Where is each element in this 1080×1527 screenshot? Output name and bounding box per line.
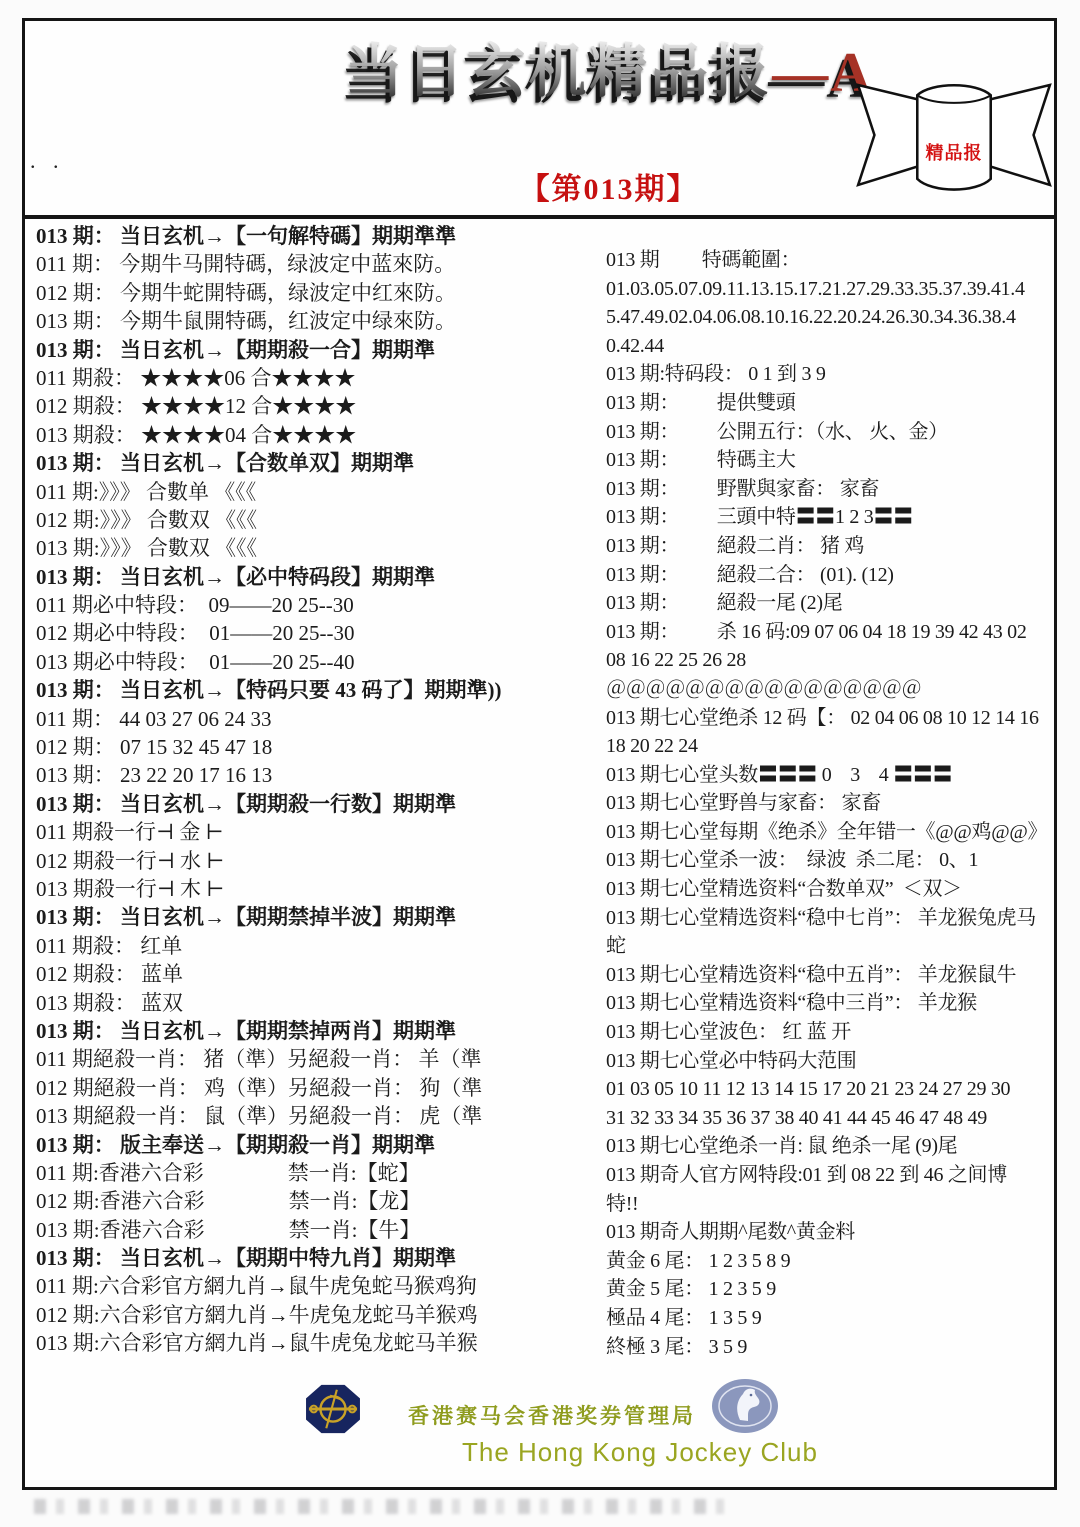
- text-line: 黄金 5 尾： 1 2 3 5 9: [606, 1275, 1058, 1304]
- text-line: 013 期： 特碼主大: [606, 446, 1058, 475]
- text-line: 31 32 33 34 35 36 37 38 40 41 44 45 46 4…: [606, 1104, 1058, 1133]
- text-line: 特!!: [606, 1190, 1058, 1219]
- text-line: 013 期七心堂野兽与家畜： 家畜: [606, 789, 1058, 818]
- text-line: 012 期殺一行⊣ 水 ⊢: [36, 847, 601, 875]
- text-line: 013 期： 公開五行：（水、 火、金）: [606, 418, 1058, 447]
- cutoff-text-artifact: [34, 1499, 724, 1514]
- text-line: 5.47.49.02.04.06.08.10.16.22.20.24.26.30…: [606, 303, 1058, 332]
- club-name-chinese: 香港赛马会香港奖券管理局: [408, 1400, 658, 1430]
- text-line: 013 期 特碼範圍：: [606, 246, 1058, 275]
- right-column: 013 期 特碼範圍：01.03.05.07.09.11.13.15.17.21…: [606, 246, 1058, 1361]
- text-line: 013 期:六合彩官方網九肖→鼠牛虎兔龙蛇马羊猴: [36, 1329, 601, 1357]
- text-line: 013 期七心堂绝杀 12 码【： 02 04 06 08 10 12 14 1…: [606, 704, 1058, 733]
- text-line: 011 期絕殺一肖： 猪（準）另絕殺一肖： 羊（準: [36, 1045, 601, 1073]
- text-line: 012 期： 07 15 32 45 47 18: [36, 733, 601, 761]
- text-line: 013 期： 当日玄机→【一句解特碼】期期準準: [36, 222, 601, 250]
- page-title-main: 当日玄机精品报: [345, 39, 772, 104]
- text-line: 011 期殺一行⊣ 金 ⊢: [36, 818, 601, 846]
- text-line: 013 期奇人期期^尾数^黄金料: [606, 1218, 1058, 1247]
- text-line: 18 20 22 24: [606, 732, 1058, 761]
- text-line: 013 期七心堂精选资料“稳中三肖”： 羊龙猴: [606, 989, 1058, 1018]
- text-line: 013 期七心堂杀一波： 绿波 杀二尾： 0、1: [606, 846, 1058, 875]
- text-line: 012 期:》》》 合數双 《《《: [36, 506, 601, 534]
- text-line: 013 期殺一行⊣ 木 ⊢: [36, 875, 601, 903]
- text-line: 013 期： 絕殺一尾 (2)尾: [606, 589, 1058, 618]
- text-line: 01.03.05.07.09.11.13.15.17.21.27.29.33.3…: [606, 275, 1058, 304]
- text-line: 013 期： 23 22 20 17 16 13: [36, 761, 601, 789]
- text-line: 013 期： 三頭中特〓〓1 2 3〓〓: [606, 503, 1058, 532]
- text-line: 013 期七心堂精选资料“合数单双” ＜双＞: [606, 875, 1058, 904]
- text-line: 013 期:》》》 合數双 《《《: [36, 534, 601, 562]
- text-line: 012 期： 今期牛蛇開特碼，绿波定中红來防。: [36, 279, 601, 307]
- text-line: 01 03 05 10 11 12 13 14 15 17 20 21 23 2…: [606, 1075, 1058, 1104]
- club-name-english: The Hong Kong Jockey Club: [462, 1437, 742, 1468]
- text-line: 012 期殺： 蓝单: [36, 960, 601, 988]
- text-line: 011 期:》》》 合數单 《《《: [36, 478, 601, 506]
- text-line: 013 期： 絕殺二合： (01). (12): [606, 561, 1058, 590]
- text-line: 黄金 6 尾： 1 2 3 5 8 9: [606, 1247, 1058, 1276]
- text-line: 013 期:特码段： 0 1 到 3 9: [606, 360, 1058, 389]
- text-line: 極品 4 尾： 1 3 5 9: [606, 1304, 1058, 1333]
- text-line: 013 期： 杀 16 码:09 07 06 04 18 19 39 42 43…: [606, 618, 1058, 647]
- text-line: 012 期:香港六合彩 禁一肖:【龙】: [36, 1187, 601, 1215]
- text-line: 011 期:香港六合彩 禁一肖:【蛇】: [36, 1159, 601, 1187]
- text-line: 013 期： 野獸與家畜： 家畜: [606, 475, 1058, 504]
- text-line: 08 16 22 25 26 28: [606, 646, 1058, 675]
- text-line: 013 期七心堂必中特码大范围: [606, 1047, 1058, 1076]
- text-line: 013 期必中特段： 01——20 25--40: [36, 648, 601, 676]
- text-line: 013 期： 当日玄机→【特码只要 43 码了】期期準)): [36, 676, 601, 704]
- text-line: 012 期殺： ★★★★12 合★★★★: [36, 392, 601, 420]
- text-line: 012 期必中特段： 01——20 25--30: [36, 619, 601, 647]
- text-line: 蛇: [606, 932, 1058, 961]
- text-line: 013 期： 今期牛鼠開特碼，红波定中绿來防。: [36, 307, 601, 335]
- text-line: 013 期殺： ★★★★04 合★★★★: [36, 421, 601, 449]
- text-line: 013 期七心堂头数〓〓〓 0 3 4 〓〓〓: [606, 761, 1058, 790]
- text-line: 0.42.44: [606, 332, 1058, 361]
- corner-dots: . .: [30, 148, 65, 174]
- text-line: 013 期奇人官方网特段:01 到 08 22 到 46 之间博: [606, 1161, 1058, 1190]
- hkjc-crest-icon: [302, 1383, 364, 1435]
- text-line: 終極 3 尾： 3 5 9: [606, 1333, 1058, 1362]
- text-line: 013 期殺： 蓝双: [36, 989, 601, 1017]
- horse-head-oval-icon: [710, 1378, 780, 1434]
- text-line: 013 期七心堂精选资料“稳中七肖”： 羊龙猴兔虎马: [606, 904, 1058, 933]
- text-line: 013 期七心堂精选资料“稳中五肖”： 羊龙猴鼠牛: [606, 961, 1058, 990]
- text-line: 013 期： 当日玄机→【期期殺一行数】期期準: [36, 790, 601, 818]
- text-line: 013 期： 当日玄机→【合数单双】期期準: [36, 449, 601, 477]
- left-column: 013 期： 当日玄机→【一句解特碼】期期準準011 期： 今期牛马開特碼，绿波…: [36, 222, 601, 1358]
- text-line: 013 期:香港六合彩 禁一肖:【牛】: [36, 1216, 601, 1244]
- text-line: 011 期： 今期牛马開特碼，绿波定中蓝來防。: [36, 250, 601, 278]
- text-line: 011 期:六合彩官方網九肖→鼠牛虎兔蛇马猴鸡狗: [36, 1272, 601, 1300]
- text-line: 013 期七心堂绝杀一肖: 鼠 绝杀一尾 (9)尾: [606, 1132, 1058, 1161]
- text-line: 013 期： 提供雙頭: [606, 389, 1058, 418]
- text-line: 013 期： 絕殺二肖： 猪 鸡: [606, 532, 1058, 561]
- text-line: 011 期必中特段： 09——20 25--30: [36, 591, 601, 619]
- text-line: 013 期七心堂波色： 红 蓝 开: [606, 1018, 1058, 1047]
- text-line: 013 期七心堂每期《绝杀》全年错一《@@鸡@@》: [606, 818, 1058, 847]
- text-line: ＠＠＠＠＠＠＠＠＠＠＠＠＠＠＠＠: [606, 675, 1058, 704]
- text-line: 011 期殺： ★★★★06 合★★★★: [36, 364, 601, 392]
- text-line: 013 期： 版主奉送→【期期殺一肖】期期準: [36, 1131, 601, 1159]
- text-line: 013 期： 当日玄机→【必中特码段】期期準: [36, 563, 601, 591]
- text-line: 013 期： 当日玄机→【期期禁掉两肖】期期準: [36, 1017, 601, 1045]
- ribbon-label: 精品报: [852, 68, 1056, 202]
- text-line: 013 期絕殺一肖： 鼠（準）另絕殺一肖： 虎（準: [36, 1102, 601, 1130]
- text-line: 012 期:六合彩官方網九肖→牛虎兔龙蛇马羊猴鸡: [36, 1301, 601, 1329]
- text-line: 011 期： 44 03 27 06 24 33: [36, 705, 601, 733]
- text-line: 012 期絕殺一肖： 鸡（準）另絕殺一肖： 狗（準: [36, 1074, 601, 1102]
- text-line: 011 期殺： 红单: [36, 932, 601, 960]
- text-line: 013 期： 当日玄机→【期期中特九肖】期期準: [36, 1244, 601, 1272]
- text-line: 013 期： 当日玄机→【期期殺一合】期期準: [36, 336, 601, 364]
- text-line: 013 期： 当日玄机→【期期禁掉半波】期期準: [36, 903, 601, 931]
- header-divider: [22, 215, 1057, 219]
